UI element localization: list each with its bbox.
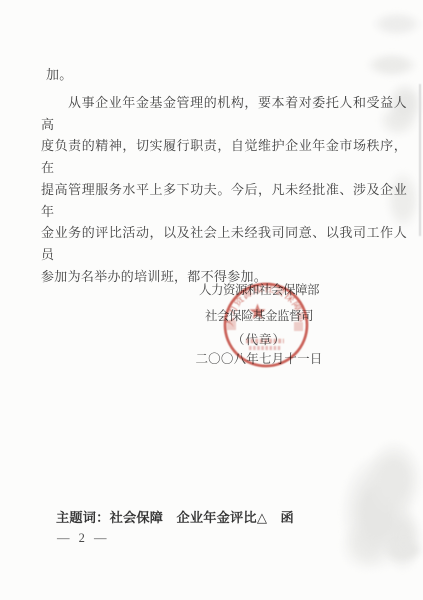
scan-noise	[372, 12, 422, 36]
red-star-icon	[249, 304, 265, 319]
subject-keywords-line: 主题词：社会保障 企业年金评比△ 函	[56, 507, 294, 526]
body-line: 金业务的评比活动，以及社会上未经我司同意、以我司工作人员	[41, 222, 407, 265]
page-number: — 2 —	[57, 531, 110, 546]
body-paragraph: 从事企业年金基金管理的机构，要本着对委托人和受益人高 度负责的精神，切实履行职责…	[41, 92, 407, 287]
body-line: 度负责的精神，切实履行职责，自觉维护企业年金市场秩序，在	[41, 135, 407, 178]
subject-terms: 社会保障 企业年金评比△ 函	[110, 510, 294, 525]
scan-edge-shadow	[419, 84, 421, 236]
scanned-letter-page: 加。 从事企业年金基金管理的机构，要本着对委托人和受益人高 度负责的精神，切实履…	[0, 0, 423, 600]
seal-side-mark	[294, 322, 303, 331]
subject-label: 主题词：	[56, 510, 110, 525]
scan-noise	[340, 440, 423, 572]
body-line: 提高管理服务水平上多下功夫。今后，凡未经批准、涉及企业年	[41, 179, 407, 222]
body-line: 从事企业年金基金管理的机构，要本着对委托人和受益人高	[41, 92, 407, 135]
seal-side-mark	[227, 320, 236, 330]
paragraph-end-line: 加。	[46, 64, 73, 86]
official-seal: 人力资源和社会保障部	[221, 280, 311, 370]
scan-noise	[360, 540, 423, 566]
scan-noise	[366, 53, 418, 77]
